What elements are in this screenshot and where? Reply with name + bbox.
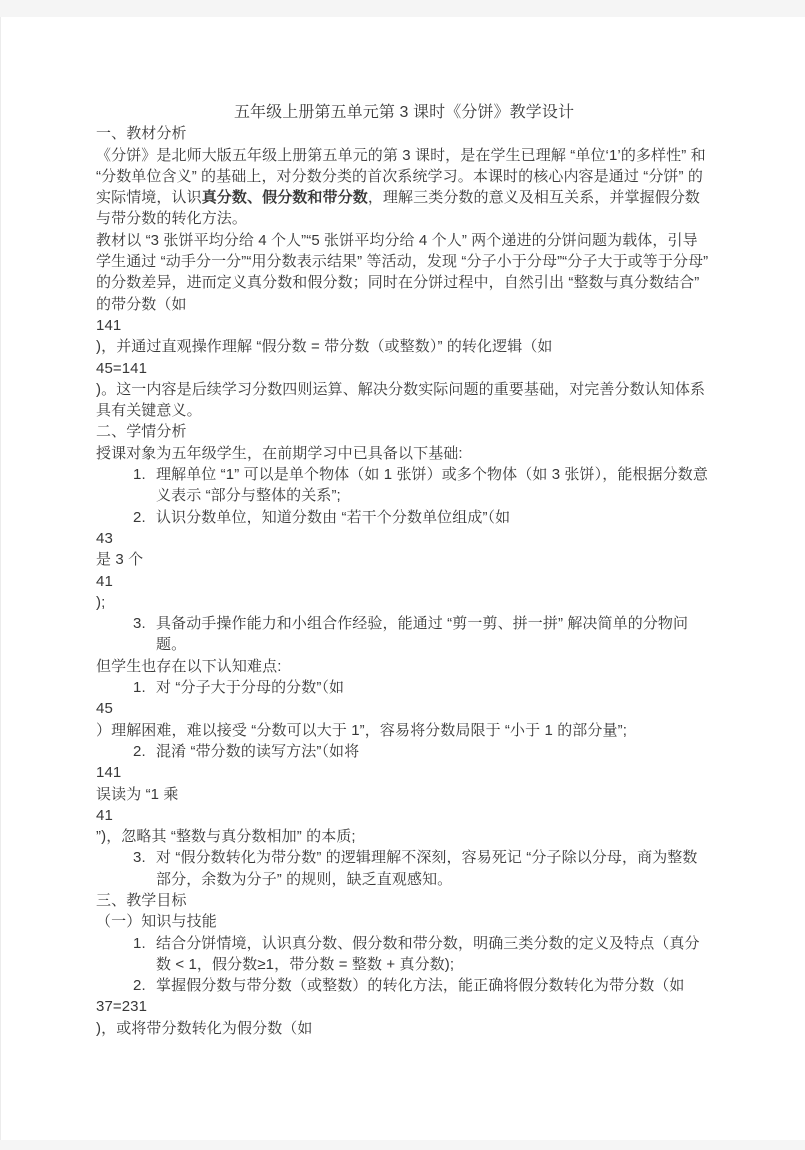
formula-line: 45=141 bbox=[96, 358, 712, 379]
list-text: 混淆 “带分数的读写方法”（如将 bbox=[156, 743, 359, 760]
list-text: 理解单位 “1” 可以是单个物体（如 1 张饼）或多个物体（如 3 张饼），能根… bbox=[156, 466, 708, 504]
list-number: 2. bbox=[133, 975, 146, 996]
paragraph: 《分饼》是北师大版五年级上册第五单元的第 3 课时，是在学生已理解 “单位‘1’… bbox=[96, 145, 712, 230]
list-text: 结合分饼情境，认识真分数、假分数和带分数，明确三类分数的定义及特点（真分数 < … bbox=[156, 935, 700, 973]
formula-line: 41 bbox=[96, 571, 712, 592]
formula-line: 141 bbox=[96, 315, 712, 336]
paragraph: )，或将带分数转化为假分数（如 bbox=[96, 1018, 712, 1039]
formula-line: 43 bbox=[96, 528, 712, 549]
list-number: 1. bbox=[133, 464, 146, 485]
paragraph: )，并通过直观操作理解 “假分数 = 带分数（或整数）” 的转化逻辑（如 bbox=[96, 336, 712, 357]
bold-text: 真分数、假分数和带分数 bbox=[202, 189, 368, 206]
paragraph: 授课对象为五年级学生，在前期学习中已具备以下基础: bbox=[96, 443, 712, 464]
paragraph: ）理解困难，难以接受 “分数可以大于 1”，容易将分数局限于 “小于 1 的部分… bbox=[96, 720, 712, 741]
list-number: 1. bbox=[133, 677, 146, 698]
list-item: 1.理解单位 “1” 可以是单个物体（如 1 张饼）或多个物体（如 3 张饼），… bbox=[96, 464, 712, 507]
formula-line: 141 bbox=[96, 762, 712, 783]
list-text: 掌握假分数与带分数（或整数）的转化方法，能正确将假分数转化为带分数（如 bbox=[156, 977, 685, 994]
list-number: 2. bbox=[133, 507, 146, 528]
list-text: 认识分数单位，知道分数由 “若干个分数单位组成”（如 bbox=[156, 509, 510, 526]
list-number: 3. bbox=[133, 613, 146, 634]
list-item: 3.具备动手操作能力和小组合作经验，能通过 “剪一剪、拼一拼” 解决简单的分物问… bbox=[96, 613, 712, 656]
paragraph: )。这一内容是后续学习分数四则运算、解决分数实际问题的重要基础，对完善分数认知体… bbox=[96, 379, 712, 422]
section-heading: 二、学情分析 bbox=[96, 421, 712, 442]
formula-line: 41 bbox=[96, 805, 712, 826]
list-item: 2.混淆 “带分数的读写方法”（如将 bbox=[96, 741, 712, 762]
doc-title: 五年级上册第五单元第 3 课时《分饼》教学设计 bbox=[96, 102, 712, 123]
list-item: 1.对 “分子大于分母的分数”（如 bbox=[96, 677, 712, 698]
paragraph: （一）知识与技能 bbox=[96, 911, 712, 932]
formula-line: ); bbox=[96, 592, 712, 613]
list-text: 对 “假分数转化为带分数” 的逻辑理解不深刻，容易死记 “分子除以分母，商为整数… bbox=[156, 849, 698, 887]
list-number: 1. bbox=[133, 933, 146, 954]
list-item: 2.认识分数单位，知道分数由 “若干个分数单位组成”（如 bbox=[96, 507, 712, 528]
paragraph: 教材以 “3 张饼平均分给 4 个人”“5 张饼平均分给 4 个人” 两个递进的… bbox=[96, 230, 712, 315]
document-content: 五年级上册第五单元第 3 课时《分饼》教学设计一、教材分析《分饼》是北师大版五年… bbox=[96, 102, 712, 1039]
list-number: 2. bbox=[133, 741, 146, 762]
list-number: 3. bbox=[133, 847, 146, 868]
list-text: 具备动手操作能力和小组合作经验，能通过 “剪一剪、拼一拼” 解决简单的分物问题。 bbox=[156, 615, 688, 653]
list-item: 2.掌握假分数与带分数（或整数）的转化方法，能正确将假分数转化为带分数（如 bbox=[96, 975, 712, 996]
list-item: 3.对 “假分数转化为带分数” 的逻辑理解不深刻，容易死记 “分子除以分母，商为… bbox=[96, 847, 712, 890]
formula-line: 是 3 个 bbox=[96, 549, 712, 570]
section-heading: 一、教材分析 bbox=[96, 123, 712, 144]
formula-line: 37=231 bbox=[96, 996, 712, 1017]
section-heading: 三、教学目标 bbox=[96, 890, 712, 911]
document-page: 五年级上册第五单元第 3 课时《分饼》教学设计一、教材分析《分饼》是北师大版五年… bbox=[0, 17, 805, 1140]
formula-line: 45 bbox=[96, 698, 712, 719]
paragraph: 误读为 “1 乘 bbox=[96, 784, 712, 805]
viewer-frame-top bbox=[0, 0, 805, 17]
list-item: 1.结合分饼情境，认识真分数、假分数和带分数，明确三类分数的定义及特点（真分数 … bbox=[96, 933, 712, 976]
paragraph: ”)，忽略其 “整数与真分数相加” 的本质; bbox=[96, 826, 712, 847]
viewer-frame-bottom bbox=[0, 1140, 805, 1150]
paragraph: 但学生也存在以下认知难点: bbox=[96, 656, 712, 677]
list-text: 对 “分子大于分母的分数”（如 bbox=[156, 679, 344, 696]
